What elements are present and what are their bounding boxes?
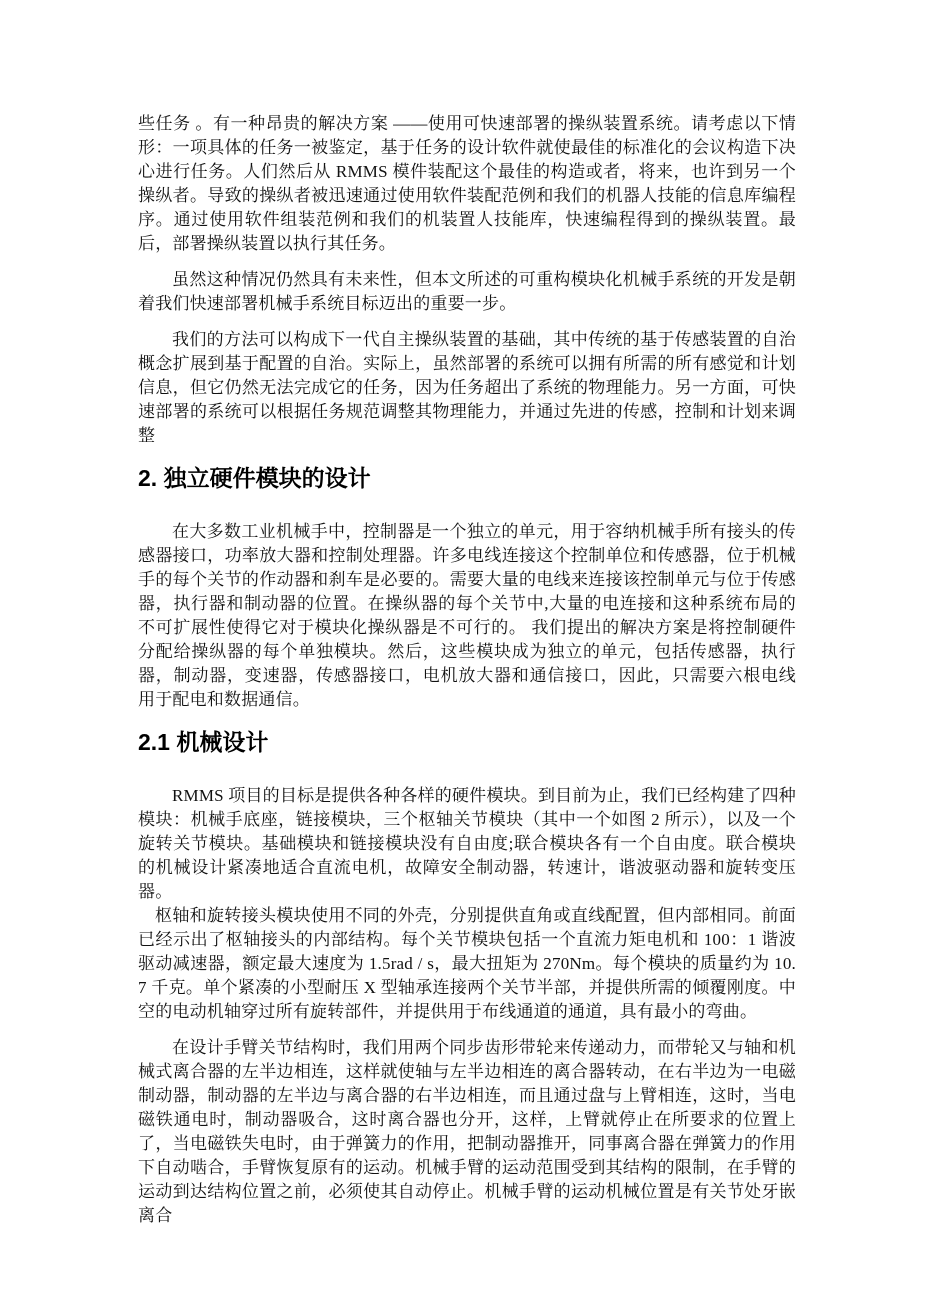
paragraph-intro-continuation: 些任务 。有一种昂贵的解决方案 ——使用可快速部署的操纵装置系统。请考虑以下情形… [138,112,796,256]
paragraph-arm-joint-structure: 在设计手臂关节结构时，我们用两个同步齿形带轮来传递动力，而带轮又与轴和机械式离合… [138,1036,796,1228]
document-page: 些任务 。有一种昂贵的解决方案 ——使用可快速部署的操纵装置系统。请考虑以下情形… [0,0,926,1309]
paragraph-autonomy-approach: 我们的方法可以构成下一代自主操纵装置的基础，其中传统的基于传感装置的自治概念扩展… [138,328,796,448]
paragraph-joint-module-specs: 枢轴和旋转接头模块使用不同的外壳，分别提供直角或直线配置，但内部相同。前面已经示… [138,904,796,1024]
section-heading-hardware-module-design: 2. 独立硬件模块的设计 [138,464,796,492]
section-heading-mechanical-design: 2.1 机械设计 [138,728,796,756]
paragraph-controller-wiring: 在大多数工业机械手中，控制器是一个独立的单元，用于容纳机械手所有接头的传感器接口… [138,520,796,712]
paragraph-rmms-modules: RMMS 项目的目标是提供各种各样的硬件模块。到目前为止，我们已经构建了四种模块… [138,784,796,904]
paragraph-future-step: 虽然这种情况仍然具有未来性，但本文所述的可重构模块化机械手系统的开发是朝着我们快… [138,268,796,316]
